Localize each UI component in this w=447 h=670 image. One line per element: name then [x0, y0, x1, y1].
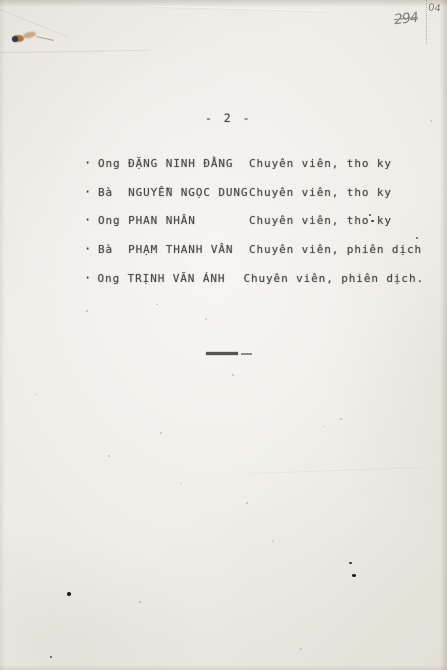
paper-speck [50, 656, 52, 658]
person-role: Chuyên viên, tho ky [249, 157, 392, 170]
person-name: Bà NGUYỄN NGỌC DUNG [98, 186, 249, 199]
divider-segment [241, 353, 252, 355]
paper-speck [205, 318, 207, 320]
scratch-mark [36, 36, 54, 41]
person-name: Ong TRỊNH VĂN ÁNH [98, 272, 244, 285]
person-name: Ong PHAN NHÂN [98, 214, 249, 227]
paper-speck [430, 120, 432, 122]
paper-speck [67, 592, 71, 596]
handwritten-corner-number: 04 [427, 2, 441, 15]
person-role: Chuyên viên, tho ky [249, 186, 392, 199]
staff-roster: · Ong ĐẶNG NINH ĐẰNG Chuyên viên, tho ky… [84, 156, 424, 299]
bullet-mark: · [84, 156, 98, 170]
paper-speck [160, 432, 162, 434]
paper-speck [323, 426, 325, 427]
page-edge-bottom [0, 665, 447, 670]
paper-speck [371, 220, 374, 222]
page-edge-top [0, 0, 447, 7]
person-name: Bà PHẠM THANH VÂN [98, 243, 249, 256]
paper-speck [272, 540, 274, 542]
paper-speck [340, 418, 342, 420]
paper-speck [156, 304, 158, 305]
person-name: Ong ĐẶNG NINH ĐẰNG [98, 157, 249, 170]
paper-speck [369, 214, 371, 216]
section-divider [206, 352, 252, 355]
rust-stain [6, 28, 50, 50]
paper-speck [352, 574, 356, 577]
document-page: 294 04 - 2 - · Ong ĐẶNG NINH ĐẰNG Chuyên… [0, 0, 447, 670]
staple-mark [12, 36, 18, 42]
stain-blob [22, 31, 36, 40]
paper-speck [180, 483, 182, 484]
handwritten-number-crossed-out: 294 [393, 10, 418, 28]
roster-row: · Ong ĐẶNG NINH ĐẰNG Chuyên viên, tho ky [84, 156, 424, 185]
bullet-mark: · [84, 242, 98, 256]
roster-row: · Ong PHAN NHÂN Chuyên viên, tho ky [84, 213, 424, 242]
paper-speck [86, 310, 88, 312]
bullet-mark: · [84, 185, 98, 199]
page-number: - 2 - [5, 111, 447, 125]
bullet-mark: · [84, 271, 98, 285]
paper-crease [0, 50, 150, 54]
paper-speck [139, 601, 141, 603]
paper-speck [232, 374, 234, 376]
roster-row: · Ong TRỊNH VĂN ÁNH Chuyên viên, phiên d… [84, 271, 424, 300]
roster-row: · Bà NGUYỄN NGỌC DUNG Chuyên viên, tho k… [84, 185, 424, 214]
person-role: Chuyên viên, phiên dịch [249, 243, 422, 256]
paper-speck [300, 648, 302, 650]
paper-speck [35, 394, 37, 395]
page-edge-left [0, 0, 5, 670]
paper-speck [349, 562, 352, 564]
paper-speck [108, 455, 110, 457]
paper-speck [416, 237, 418, 239]
page-edge-right [440, 0, 447, 670]
person-role: Chuyên viên, phiên dịch. [243, 272, 424, 285]
roster-row: · Bà PHẠM THANH VÂN Chuyên viên, phiên d… [84, 242, 424, 271]
paper-crease [250, 467, 420, 474]
bullet-mark: · [84, 213, 98, 227]
divider-segment [206, 352, 238, 355]
paper-speck [246, 502, 248, 504]
